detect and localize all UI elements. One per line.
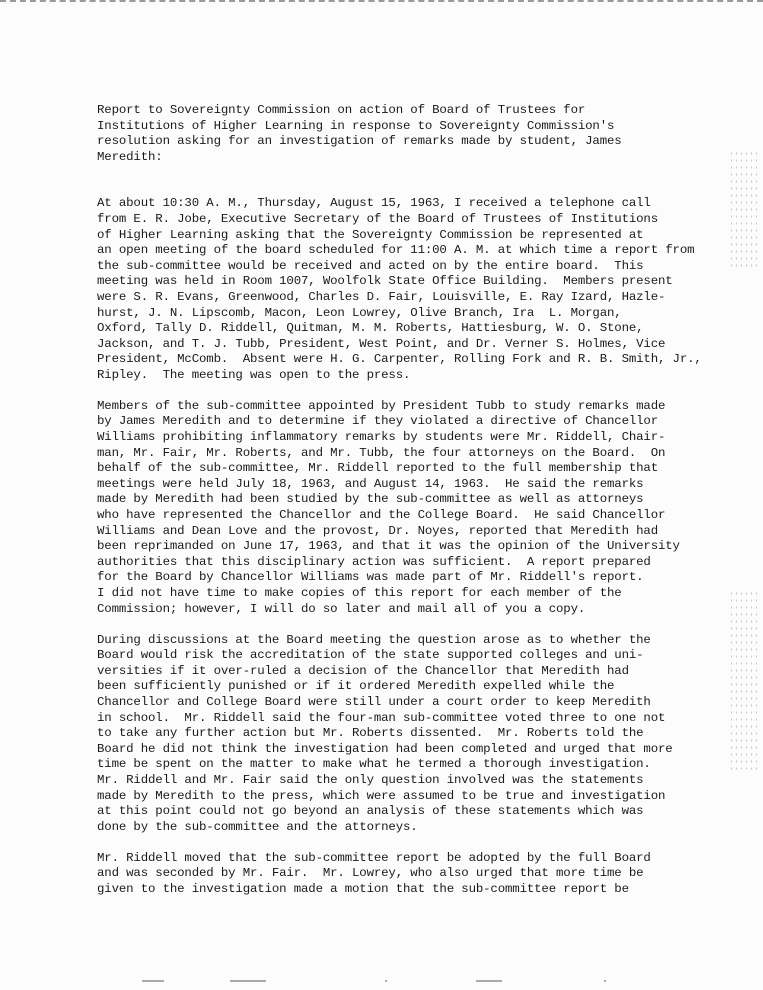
text-line: of Higher Learning asking that the Sover… bbox=[97, 228, 727, 244]
text-line: who have represented the Chancellor and … bbox=[97, 508, 727, 524]
text-line: Ripley. The meeting was open to the pres… bbox=[97, 368, 727, 384]
document-page: Report to Sovereignty Commission on acti… bbox=[97, 103, 727, 913]
page-top-border bbox=[0, 0, 763, 2]
scan-bottom-marks bbox=[0, 980, 763, 984]
scan-mark bbox=[142, 980, 164, 982]
text-line: meeting was held in Room 1007, Woolfolk … bbox=[97, 274, 727, 290]
scan-mark bbox=[385, 980, 387, 982]
text-line: from E. R. Jobe, Executive Secretary of … bbox=[97, 212, 727, 228]
text-line: to take any further action but Mr. Rober… bbox=[97, 726, 727, 742]
text-line: Mr. Riddell moved that the sub-committee… bbox=[97, 851, 727, 867]
text-line: at this point could not go beyond an ana… bbox=[97, 804, 727, 820]
scan-noise-right-margin bbox=[729, 150, 759, 270]
text-line: President, McComb. Absent were H. G. Car… bbox=[97, 352, 727, 368]
heading-line: resolution asking for an investigation o… bbox=[97, 134, 727, 150]
text-line: for the Board by Chancellor Williams was… bbox=[97, 570, 727, 586]
text-line: in school. Mr. Riddell said the four-man… bbox=[97, 711, 727, 727]
text-line: Board would risk the accreditation of th… bbox=[97, 648, 727, 664]
text-line: made by Meredith to the press, which wer… bbox=[97, 789, 727, 805]
text-line: I did not have time to make copies of th… bbox=[97, 586, 727, 602]
text-line: Chancellor and College Board were still … bbox=[97, 695, 727, 711]
text-line: hurst, J. N. Lipscomb, Macon, Leon Lowre… bbox=[97, 306, 727, 322]
paragraph-sub-committee-report: Members of the sub-committee appointed b… bbox=[97, 399, 727, 617]
text-line: an open meeting of the board scheduled f… bbox=[97, 243, 727, 259]
heading-line: Report to Sovereignty Commission on acti… bbox=[97, 103, 727, 119]
text-line: and was seconded by Mr. Fair. Mr. Lowrey… bbox=[97, 866, 727, 882]
text-line: given to the investigation made a motion… bbox=[97, 882, 727, 898]
paragraph-meeting-attendance: At about 10:30 A. M., Thursday, August 1… bbox=[97, 196, 727, 383]
text-line: the sub-committee would be received and … bbox=[97, 259, 727, 275]
text-line: Jackson, and T. J. Tubb, President, West… bbox=[97, 337, 727, 353]
text-line: At about 10:30 A. M., Thursday, August 1… bbox=[97, 196, 727, 212]
text-line: by James Meredith and to determine if th… bbox=[97, 414, 727, 430]
text-line: done by the sub-committee and the attorn… bbox=[97, 820, 727, 836]
text-line: authorities that this disciplinary actio… bbox=[97, 555, 727, 571]
text-line: been sufficiently punished or if it orde… bbox=[97, 679, 727, 695]
text-line: man, Mr. Fair, Mr. Roberts, and Mr. Tubb… bbox=[97, 446, 727, 462]
text-line: made by Meredith had been studied by the… bbox=[97, 492, 727, 508]
text-line: behalf of the sub-committee, Mr. Riddell… bbox=[97, 461, 727, 477]
text-line: Williams prohibiting inflammatory remark… bbox=[97, 430, 727, 446]
text-line: versities if it over-ruled a decision of… bbox=[97, 664, 727, 680]
text-line: meetings were held July 18, 1963, and Au… bbox=[97, 477, 727, 493]
scan-mark bbox=[230, 980, 266, 982]
heading-line: Institutions of Higher Learning in respo… bbox=[97, 119, 727, 135]
text-line: Mr. Riddell and Mr. Fair said the only q… bbox=[97, 773, 727, 789]
scan-mark bbox=[604, 980, 606, 982]
text-line: time be spent on the matter to make what… bbox=[97, 757, 727, 773]
paragraph-motion: Mr. Riddell moved that the sub-committee… bbox=[97, 851, 727, 898]
text-line: been reprimanded on June 17, 1963, and t… bbox=[97, 539, 727, 555]
paragraph-board-discussion: During discussions at the Board meeting … bbox=[97, 633, 727, 836]
text-line: Williams and Dean Love and the provost, … bbox=[97, 524, 727, 540]
heading-line: Meredith: bbox=[97, 150, 727, 166]
report-heading: Report to Sovereignty Commission on acti… bbox=[97, 103, 727, 165]
text-line: were S. R. Evans, Greenwood, Charles D. … bbox=[97, 290, 727, 306]
text-line: During discussions at the Board meeting … bbox=[97, 633, 727, 649]
text-line: Oxford, Tally D. Riddell, Quitman, M. M.… bbox=[97, 321, 727, 337]
scan-mark bbox=[476, 980, 502, 982]
text-line: Commission; however, I will do so later … bbox=[97, 602, 727, 618]
text-line: Board he did not think the investigation… bbox=[97, 742, 727, 758]
scan-noise-right-margin bbox=[729, 590, 759, 770]
text-line: Members of the sub-committee appointed b… bbox=[97, 399, 727, 415]
